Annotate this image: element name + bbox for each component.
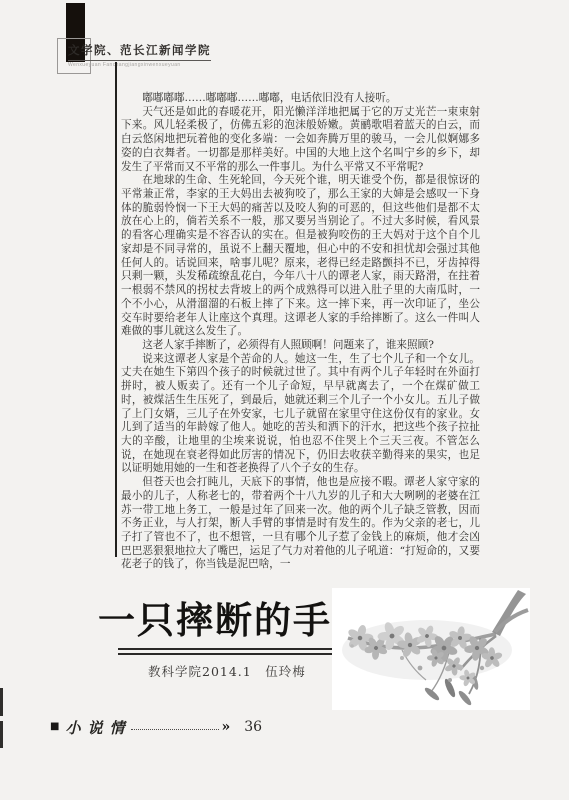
paragraph: 说来这谭老人家是个苦命的人。她这一生，生了七个儿子和一个女儿。丈夫在她生下第四个… bbox=[121, 353, 480, 476]
vertical-rule bbox=[115, 62, 117, 557]
blossom-branch-drawing bbox=[332, 588, 530, 710]
footer-square-icon: ■ bbox=[50, 722, 59, 732]
page-number: 36 bbox=[244, 719, 262, 735]
footer-dotted-leader bbox=[131, 728, 219, 730]
paragraph: 天气还是如此的春暖花开，阳光懒洋洋地把属于它的万丈光芒一束束射下来。风儿轻柔极了… bbox=[121, 106, 480, 175]
department-subtitle-pinyin: Wenxueyuan Fanchangjiangxinwenxueyuan bbox=[68, 62, 288, 68]
title-double-rule bbox=[118, 648, 334, 655]
edge-registration-mark bbox=[0, 688, 3, 716]
blossom-illustration bbox=[332, 588, 530, 710]
paragraph: 但苍天也会打盹儿，天底下的事情，他也是应接不暇。谭老人家守家的最小的儿子，人称老… bbox=[121, 476, 480, 572]
footer: ■ 小说情 » 36 bbox=[50, 717, 262, 737]
footer-arrow: » bbox=[221, 719, 230, 735]
department-title: 文学院、范长江新闻学院 bbox=[68, 42, 211, 61]
paragraph: 这老人家手摔断了，必须得有人照顾啊！问题来了，谁来照顾? bbox=[121, 339, 480, 353]
paragraph: 在地球的生命、生死轮回，今天死个谁，明天谁受个伤，都是很惊讶的平常兼正常，李家的… bbox=[121, 174, 480, 339]
edge-registration-mark bbox=[0, 721, 3, 748]
masthead: 文学院、范长江新闻学院 Wenxueyuan Fanchangjiangxinw… bbox=[68, 39, 288, 68]
footer-section-label: 小说情 bbox=[65, 717, 131, 738]
article-body: 嘟嘟嘟嘟……嘟嘟嘟……嘟嘟，电话依旧没有人接听。天气还是如此的春暖花开，阳光懒洋… bbox=[121, 92, 480, 572]
title-block: 一只摔断的手 教科学院2014.1 伍玲梅 bbox=[98, 590, 338, 680]
article-byline: 教科学院2014.1 伍玲梅 bbox=[148, 662, 338, 680]
magazine-page: 文学院、范长江新闻学院 Wenxueyuan Fanchangjiangxinw… bbox=[0, 0, 569, 800]
article-title: 一只摔断的手 bbox=[98, 590, 338, 644]
paragraph: 嘟嘟嘟嘟……嘟嘟嘟……嘟嘟，电话依旧没有人接听。 bbox=[121, 92, 480, 106]
